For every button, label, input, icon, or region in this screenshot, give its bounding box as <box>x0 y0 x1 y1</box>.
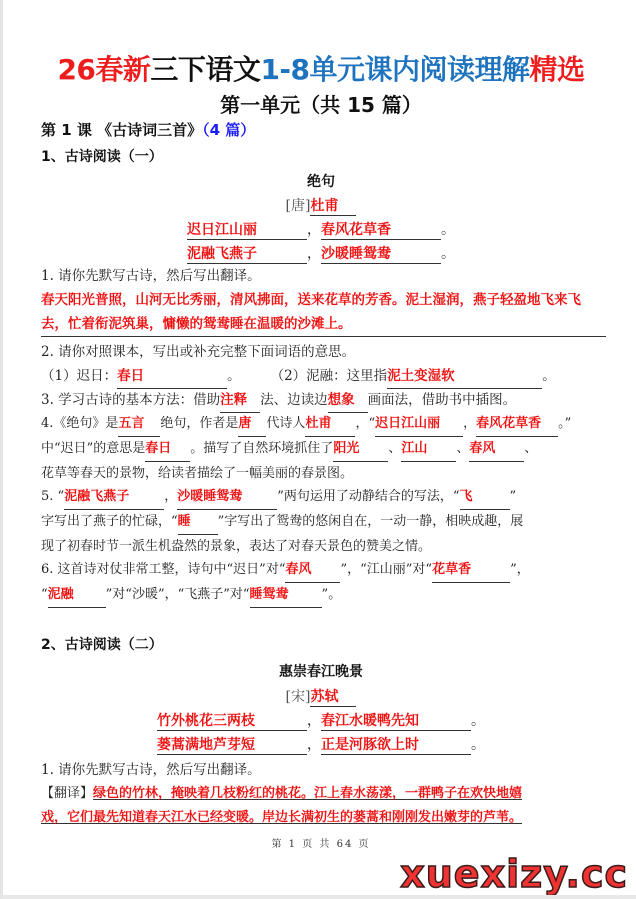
poem-1-line-1b: 春风花草香 <box>321 222 391 238</box>
s1-q3-text: 画面法，借助书中插图。 <box>368 392 517 408</box>
poem-2-line-1b: 春江水暖鸭先知 <box>321 713 419 729</box>
s1-q5-text: 现了初春时节一派生机盎然的景象，表达了对春天景色的赞美之情。 <box>41 539 431 554</box>
s1-q6-text: 6. 这首诗对仗非常工整，诗句中“迟日”对“ <box>41 562 285 577</box>
s1-q4: 4.《绝句》是五言绝句，作者是唐代诗人杜甫，“迟日江山丽，春风花草香。” 中“迟… <box>41 412 606 486</box>
s1-q5-text: 字写出了燕子的忙碌，“ <box>41 514 178 529</box>
s1-q4-answer-5: 春风花草香 <box>476 416 541 431</box>
s1-q5-answer-2: 沙暖睡鸳鸯 <box>177 489 242 504</box>
s1-q2-item1-answer: 春日 <box>117 368 144 384</box>
section-1-title: 1、古诗阅读（一） <box>41 146 163 166</box>
period: 。 <box>471 713 485 729</box>
title-part-2: 三下语文 <box>150 53 260 86</box>
document-page: 26春新三下语文1-8单元课内阅读理解精选 第一单元（共 15 篇） 第 1 课… <box>0 0 636 899</box>
s1-q4-text: 4.《绝句》是 <box>41 416 118 431</box>
period: 。 <box>542 368 556 384</box>
poem-1-author: [唐]杜甫 <box>3 195 636 216</box>
s1-q3-answer-2: 想象 <box>328 392 355 408</box>
s1-q2-item1-label: （1）迟日： <box>41 368 117 384</box>
document-title: 26春新三下语文1-8单元课内阅读理解精选 <box>3 48 636 88</box>
period: 。 <box>227 368 241 384</box>
s1-q4-answer-3: 杜甫 <box>305 416 331 431</box>
s1-q6-text: ”。 <box>322 587 342 602</box>
lesson-name: 第 1 课 《古诗词三首》 <box>41 121 202 139</box>
s1-q4-answer-6: 春日 <box>145 441 171 456</box>
period: 。 <box>441 222 455 238</box>
s1-q4-text: 花草等春天的景物，给读者描绘了一幅美丽的春景图。 <box>41 466 353 481</box>
s1-q4-answer-7: 阳光 <box>333 441 359 456</box>
poem-1-author-answer: 杜甫 <box>310 198 338 214</box>
s1-q4-answer-8: 江山 <box>401 441 427 456</box>
s1-q5: 5. “泥融飞燕子，沙暖睡鸳鸯”两句运用了动静结合的写法，“飞” 字写出了燕子的… <box>41 485 606 559</box>
poem-1-line-1a: 迟日江山丽 <box>187 222 257 238</box>
s1-q5-answer-4: 睡 <box>178 514 191 529</box>
period: 。 <box>471 737 485 753</box>
s1-q6-answer-4: 睡鸳鸯 <box>250 587 289 602</box>
s1-q6-answer-3: 泥融 <box>48 587 74 602</box>
s1-q2-item2-label: （2）泥融：这里指 <box>271 368 388 384</box>
s1-q1-answer: 春天阳光普照，山河无比秀丽，清风拂面，送来花草的芳香。泥土湿润，燕子轻盈地飞来飞… <box>41 288 606 337</box>
s1-q4-text: ，“ <box>355 416 375 431</box>
s1-q5-answer-3: 飞 <box>460 489 473 504</box>
s1-q6-answer-1: 春风 <box>285 562 311 577</box>
s1-q6-text: ”，“江山丽”对“ <box>340 562 432 577</box>
s1-q2-item2-answer: 泥土变湿软 <box>387 368 455 384</box>
poem-1-line-2: 泥融飞燕子，沙暖睡鸳鸯。 <box>3 243 636 264</box>
poem-2-title: 惠崇春江晚景 <box>3 661 636 681</box>
s1-q3-text: 法、边读边 <box>260 392 328 408</box>
s1-q4-text: 绝句，作者是 <box>160 416 238 431</box>
comma: ， <box>307 222 321 238</box>
s1-q4-answer-1: 五言 <box>118 416 144 431</box>
s1-q5-text: ”字写出了鸳鸯的悠闲自在，一动一静，相映成趣，展 <box>218 514 524 529</box>
s1-q5-text: ” <box>510 489 517 504</box>
poem-2-line-1a: 竹外桃花三两枝 <box>157 713 255 729</box>
s1-q1-answer-text: 春天阳光普照，山河无比秀丽，清风拂面，送来花草的芳香。泥土湿润，燕子轻盈地飞来飞… <box>41 288 606 337</box>
title-part-1: 26春新 <box>57 53 150 86</box>
s1-q4-answer-2: 唐 <box>238 416 251 431</box>
section-2-title: 2、古诗阅读（二） <box>41 634 163 654</box>
comma: ， <box>307 737 321 753</box>
page-number: 第 1 页 共 64 页 <box>3 835 636 850</box>
poem-2-line-1: 竹外桃花三两枝，春江水暖鸭先知。 <box>3 710 636 731</box>
s2-q1-prompt: 1. 请你先默写古诗，然后写出翻译。 <box>41 758 606 782</box>
s1-q1-prompt: 1. 请你先默写古诗，然后写出翻译。 <box>41 264 606 288</box>
period: 。 <box>441 246 455 262</box>
s1-q4-text: 、 <box>388 441 401 456</box>
poem-2-author: [宋]苏轼 <box>3 686 636 707</box>
poem-2-author-answer: 苏轼 <box>310 689 338 705</box>
poem-1-title: 绝句 <box>3 171 636 191</box>
comma: ， <box>307 713 321 729</box>
lesson-title: 第 1 课 《古诗词三首》（4 篇） <box>41 119 255 140</box>
s1-q4-text: 、 <box>456 441 469 456</box>
s1-q4-text: 、 <box>524 441 537 456</box>
unit-title: 第一单元（共 15 篇） <box>3 89 636 118</box>
title-part-3: 1-8单元课内阅读理解 <box>260 53 529 86</box>
s1-q4-text: ， <box>463 416 476 431</box>
s2-q1-answer: 【翻译】绿色的竹林，掩映着几枝粉红的桃花。江上春水荡漾，一群鸭子在欢快地嬉 戏，… <box>41 782 606 830</box>
s2-q1-answer-line-2: 戏，它们最先知道春天江水已经变暖。岸边长满初生的蒌蒿和刚刚发出嫩芽的芦苇。 <box>41 810 522 825</box>
s1-q4-text: 中“迟日”的意思是 <box>41 441 145 456</box>
s1-q5-text: ， <box>164 489 177 504</box>
s1-q5-text: 5. “ <box>41 489 64 504</box>
s1-q4-text: 代诗人 <box>266 416 305 431</box>
lesson-count: （4 篇） <box>202 121 255 139</box>
s1-q6-answer-2: 花草香 <box>432 562 471 577</box>
poem-2-dynasty: [宋] <box>286 689 311 705</box>
s1-q6: 6. 这首诗对仗非常工整，诗句中“迟日”对“春风”，“江山丽”对“花草香”， “… <box>41 558 606 608</box>
s1-q5-answer-1: 泥融飞燕子 <box>64 489 129 504</box>
s1-q3-answer-1: 注释 <box>220 392 247 408</box>
poem-1-dynasty: [唐] <box>286 198 311 214</box>
s1-q5-text: ”两句运用了动静结合的写法，“ <box>277 489 459 504</box>
s1-q2-prompt: 2. 请你对照课本，写出或补充完整下面词语的意思。 <box>41 340 606 364</box>
poem-1-line-2b: 沙暖睡鸳鸯 <box>321 246 391 262</box>
s1-q6-text: ”， <box>510 562 530 577</box>
poem-1-line-1: 迟日江山丽，春风花草香。 <box>3 219 636 240</box>
s1-q3-text: 3. 学习古诗的基本方法：借助 <box>41 392 220 408</box>
poem-2-line-2b: 正是河豚欲上时 <box>321 737 419 753</box>
s1-q4-answer-4: 迟日江山丽 <box>375 416 440 431</box>
s1-q6-text: “ <box>41 587 48 602</box>
translation-label: 【翻译】 <box>41 786 93 801</box>
poem-1-line-2a: 泥融飞燕子 <box>187 246 257 262</box>
title-part-4: 精选 <box>530 53 585 86</box>
comma: ， <box>307 246 321 262</box>
poem-2-line-2: 蒌蒿满地芦芽短，正是河豚欲上时。 <box>3 734 636 755</box>
watermark: xuexizy.cc <box>400 852 628 896</box>
page-bottom-edge <box>3 895 636 899</box>
poem-2-line-2a: 蒌蒿满地芦芽短 <box>157 737 255 753</box>
s1-q3: 3. 学习古诗的基本方法：借助注释法、边读边想象画面法，借助书中插图。 <box>41 388 606 413</box>
s1-q4-text: 。描写了自然环境抓住了 <box>190 441 333 456</box>
s1-q6-text: ”对“沙暖”，“飞燕子”对“ <box>106 587 250 602</box>
s1-q4-answer-9: 春风 <box>469 441 495 456</box>
s1-q2-items: （1）迟日：春日。（2）泥融：这里指泥土变湿软。 <box>41 364 606 389</box>
s1-q4-text: 。” <box>558 416 571 431</box>
s2-q1-answer-line-1: 绿色的竹林，掩映着几枝粉红的桃花。江上春水荡漾，一群鸭子在欢快地嬉 <box>93 786 522 801</box>
